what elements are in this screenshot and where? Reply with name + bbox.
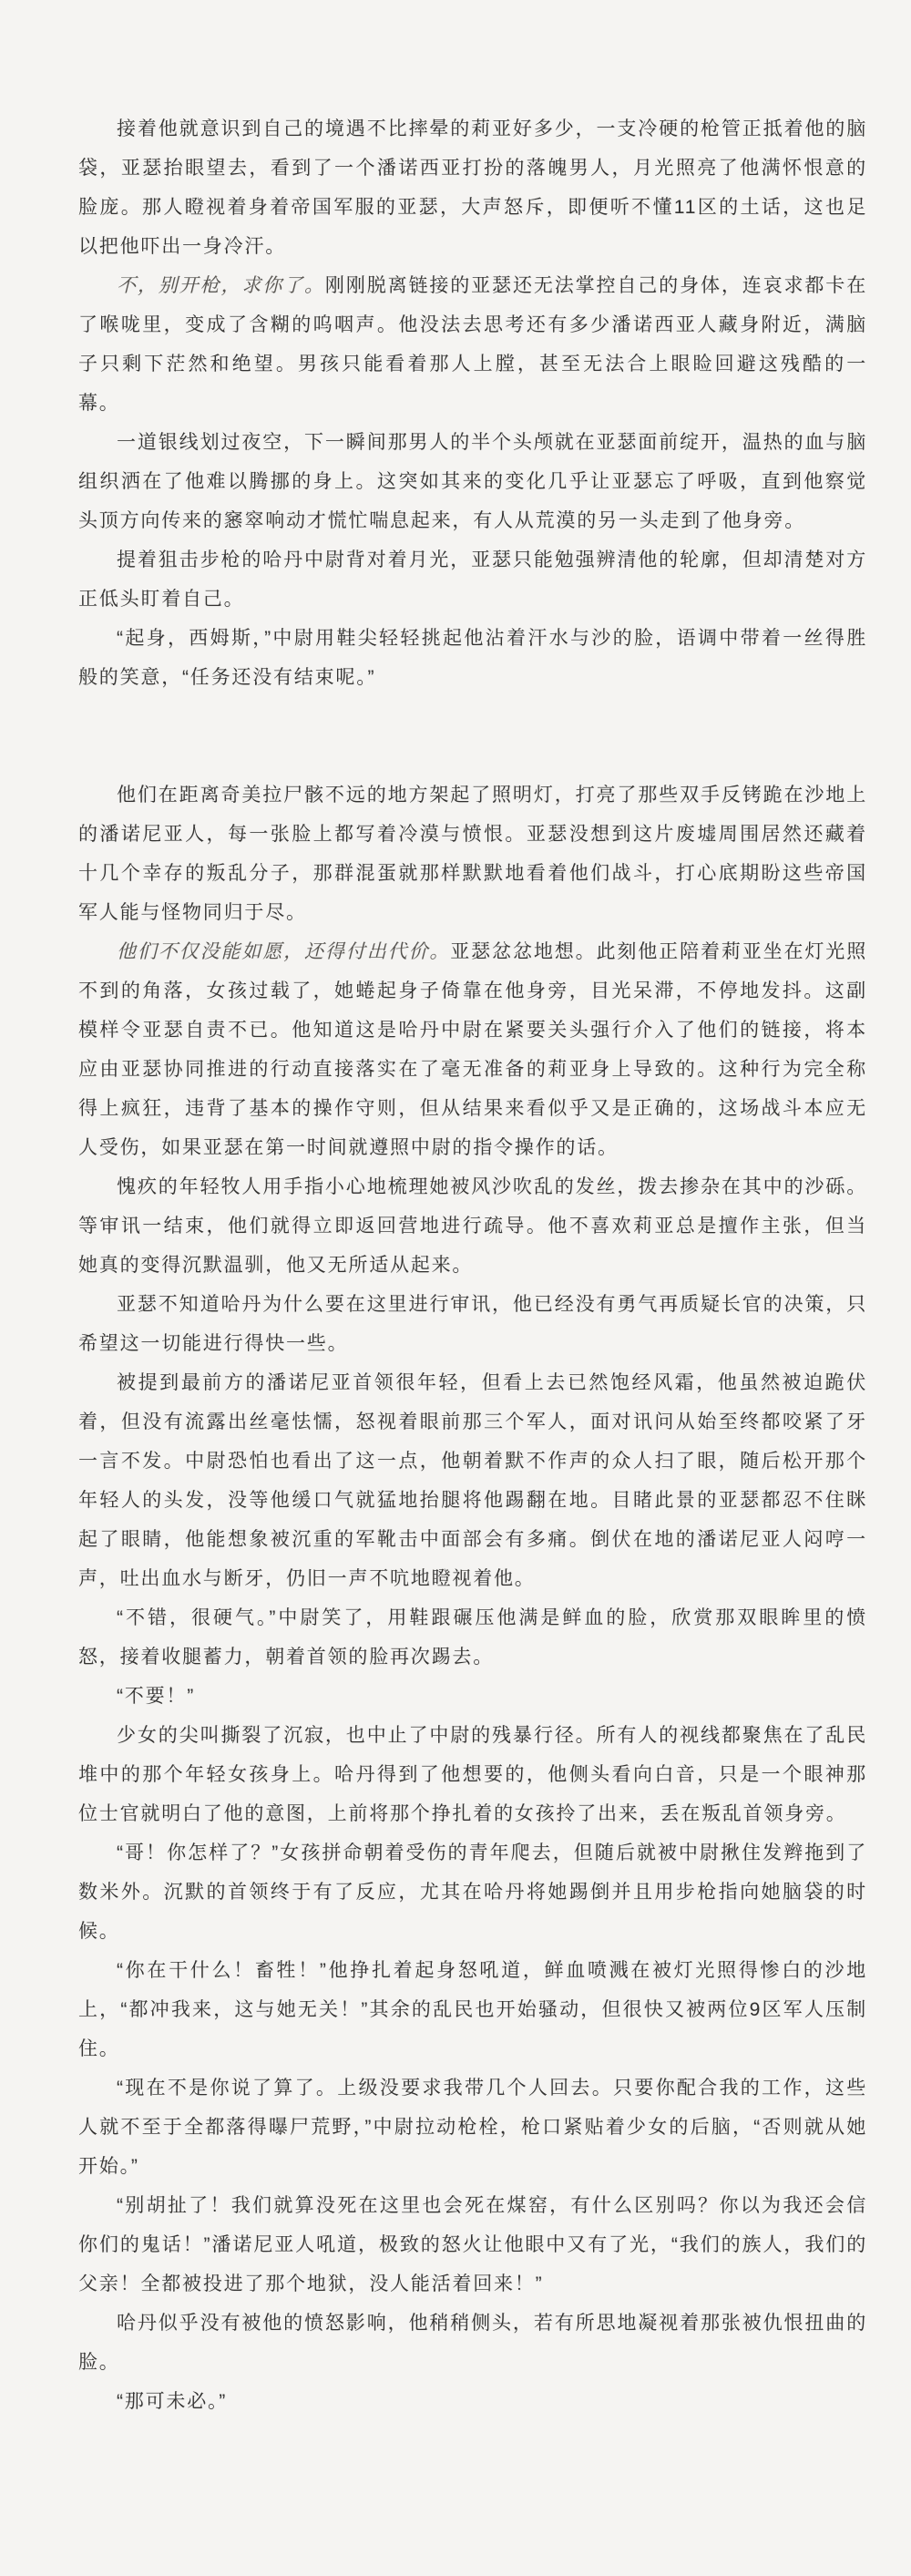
- paragraph: 被提到最前方的潘诺尼亚首领很年轻，但看上去已然饱经风霜，他虽然被迫跪伏着，但没有…: [78, 1363, 867, 1598]
- reader-page: 接着他就意识到自己的境遇不比摔晕的莉亚好多少，一支冷硬的枪管正抵着他的脑袋，亚瑟…: [78, 109, 867, 2421]
- body-text: 少女的尖叫撕裂了沉寂，也中止了中尉的残暴行径。所有人的视线都聚焦在了乱民堆中的那…: [78, 1725, 867, 1824]
- body-text: 他们在距离奇美拉尸骸不远的地方架起了照明灯，打亮了那些双手反铐跪在沙地上的潘诺尼…: [78, 785, 867, 923]
- body-text: 提着狙击步枪的哈丹中尉背对着月光，亚瑟只能勉强辨清他的轮廓，但却清楚对方正低头盯…: [78, 549, 867, 610]
- novel-text: 接着他就意识到自己的境遇不比摔晕的莉亚好多少，一支冷硬的枪管正抵着他的脑袋，亚瑟…: [78, 109, 867, 2421]
- body-text: “哥！你怎样了？”女孩拼命朝着受伤的青年爬去，但随后就被中尉揪住发辫拖到了数米外…: [78, 1842, 867, 1942]
- paragraph: 他们不仅没能如愿，还得付出代价。亚瑟忿忿地想。此刻他正陪着莉亚坐在灯光照不到的角…: [78, 932, 867, 1167]
- inner-monologue-text: 他们不仅没能如愿，还得付出代价。: [117, 940, 450, 962]
- body-text: 被提到最前方的潘诺尼亚首领很年轻，但看上去已然饱经风霜，他虽然被迫跪伏着，但没有…: [78, 1372, 867, 1589]
- paragraph: 哈丹似乎没有被他的愤怒影响，他稍稍侧头，若有所思地凝视着那张被仇恨扭曲的脸。: [78, 2304, 867, 2382]
- body-text: 亚瑟忿忿地想。此刻他正陪着莉亚坐在灯光照不到的角落，女孩过载了，她蜷起身子倚靠在…: [78, 941, 867, 1158]
- body-text: 亚瑟不知道哈丹为什么要在这里进行审讯，他已经没有勇气再质疑长官的决策，只希望这一…: [78, 1294, 867, 1354]
- paragraph: “现在不是你说了算了。上级没要求我带几个人回去。只要你配合我的工作，这些人就不至…: [78, 2068, 867, 2186]
- paragraph: 愧疚的年轻牧人用手指小心地梳理她被风沙吹乱的发丝，拨去掺杂在其中的沙砾。等审讯一…: [78, 1167, 867, 1285]
- body-text: “那可未必。”: [117, 2391, 227, 2412]
- body-text: “你在干什么！畜牲！”他挣扎着起身怒吼道，鲜血喷溅在被灯光照得惨白的沙地上，“都…: [78, 1960, 867, 2059]
- paragraph: “你在干什么！畜牲！”他挣扎着起身怒吼道，鲜血喷溅在被灯光照得惨白的沙地上，“都…: [78, 1951, 867, 2068]
- paragraph: “不要！”: [78, 1677, 867, 1716]
- paragraph: 一道银线划过夜空，下一瞬间那男人的半个头颅就在亚瑟面前绽开，温热的血与脑组织洒在…: [78, 423, 867, 540]
- paragraph: 亚瑟不知道哈丹为什么要在这里进行审讯，他已经没有勇气再质疑长官的决策，只希望这一…: [78, 1285, 867, 1363]
- paragraph: 提着狙击步枪的哈丹中尉背对着月光，亚瑟只能勉强辨清他的轮廓，但却清楚对方正低头盯…: [78, 540, 867, 619]
- body-text: “现在不是你说了算了。上级没要求我带几个人回去。只要你配合我的工作，这些人就不至…: [78, 2078, 867, 2177]
- body-text: 哈丹似乎没有被他的愤怒影响，他稍稍侧头，若有所思地凝视着那张被仇恨扭曲的脸。: [78, 2313, 867, 2373]
- body-text: “起身，西姆斯，”中尉用鞋尖轻轻挑起他沾着汗水与沙的脸，语调中带着一丝得胜般的笑…: [78, 628, 867, 688]
- body-text: “不要！”: [117, 1686, 195, 1707]
- body-text: “别胡扯了！我们就算没死在这里也会死在煤窑，有什么区别吗？你以为我还会信你们的鬼…: [78, 2195, 867, 2294]
- paragraph: “起身，西姆斯，”中尉用鞋尖轻轻挑起他沾着汗水与沙的脸，语调中带着一丝得胜般的笑…: [78, 619, 867, 697]
- body-text: 接着他就意识到自己的境遇不比摔晕的莉亚好多少，一支冷硬的枪管正抵着他的脑袋，亚瑟…: [78, 118, 867, 257]
- inner-monologue-text: 不，别开枪，求你了。: [117, 274, 325, 296]
- paragraph: 不，别开枪，求你了。刚刚脱离链接的亚瑟还无法掌控自己的身体，连哀求都卡在了喉咙里…: [78, 266, 867, 423]
- body-text: 愧疚的年轻牧人用手指小心地梳理她被风沙吹乱的发丝，拨去掺杂在其中的沙砾。等审讯一…: [78, 1176, 867, 1276]
- paragraph: “哥！你怎样了？”女孩拼命朝着受伤的青年爬去，但随后就被中尉揪住发辫拖到了数米外…: [78, 1833, 867, 1951]
- body-text: “不错，很硬气。”中尉笑了，用鞋跟碾压他满是鲜血的脸，欣赏那双眼眸里的愤怒，接着…: [78, 1607, 867, 1668]
- paragraph: “别胡扯了！我们就算没死在这里也会死在煤窑，有什么区别吗？你以为我还会信你们的鬼…: [78, 2186, 867, 2304]
- paragraph: 接着他就意识到自己的境遇不比摔晕的莉亚好多少，一支冷硬的枪管正抵着他的脑袋，亚瑟…: [78, 109, 867, 266]
- paragraph: 少女的尖叫撕裂了沉寂，也中止了中尉的残暴行径。所有人的视线都聚焦在了乱民堆中的那…: [78, 1716, 867, 1833]
- body-text: 一道银线划过夜空，下一瞬间那男人的半个头颅就在亚瑟面前绽开，温热的血与脑组织洒在…: [78, 432, 867, 531]
- paragraph: 他们在距离奇美拉尸骸不远的地方架起了照明灯，打亮了那些双手反铐跪在沙地上的潘诺尼…: [78, 775, 867, 932]
- paragraph: “那可未必。”: [78, 2382, 867, 2421]
- scene-break: [78, 697, 867, 775]
- paragraph: “不错，很硬气。”中尉笑了，用鞋跟碾压他满是鲜血的脸，欣赏那双眼眸里的愤怒，接着…: [78, 1598, 867, 1677]
